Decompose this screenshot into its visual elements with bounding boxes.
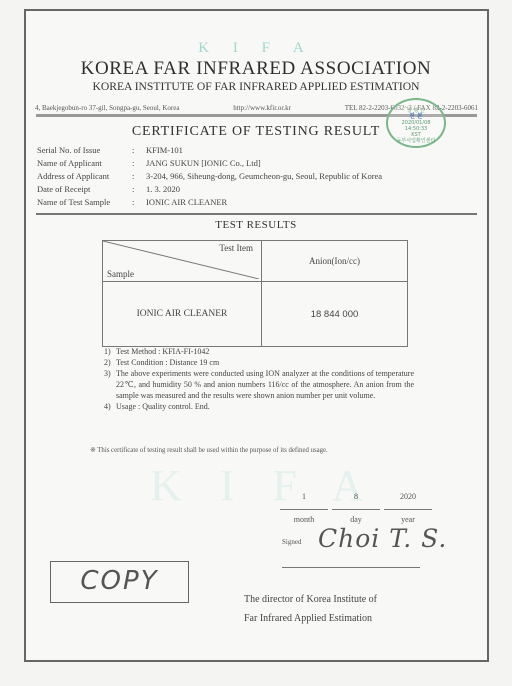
signed-label: Signed <box>282 538 301 546</box>
header-sample: Sample <box>107 269 134 279</box>
date-month: 1 <box>280 492 328 510</box>
association-name: KOREA FAR INFRARED ASSOCIATION <box>0 58 512 80</box>
signature: Choi T. S. <box>318 524 447 553</box>
info-row-address: Address of Applicant : 3-204, 966, Siheu… <box>37 169 477 182</box>
info-separator: : <box>132 145 146 155</box>
date-day: 8 <box>332 492 380 510</box>
info-row-applicant: Name of Applicant : JANG SUKUN [IONIC Co… <box>37 156 477 169</box>
signature-line <box>282 567 420 568</box>
address-text: 4, Baekjegobun-ro 37-gil, Songpa-gu, Seo… <box>35 104 179 112</box>
certificate-title: CERTIFICATE OF TESTING RESULT <box>0 124 512 140</box>
results-header-row: Test Item Sample Anion(Ion/cc) <box>103 241 408 282</box>
header-anion: Anion(Ion/cc) <box>262 241 408 282</box>
kifa-logo: K I F A <box>0 40 512 57</box>
copy-stamp: COPY <box>50 561 189 603</box>
results-header-diagonal-cell: Test Item Sample <box>103 241 262 282</box>
header-test-item: Test Item <box>219 243 253 253</box>
info-value: 1. 3. 2020 <box>146 184 180 194</box>
info-label: Serial No. of Issue <box>37 145 132 155</box>
day-label: day <box>332 515 380 524</box>
info-label: Name of Test Sample <box>37 197 132 207</box>
note-item: 3) The above experiments were conducted … <box>104 368 414 401</box>
result-sample: IONIC AIR CLEANER <box>103 282 262 347</box>
results-table: Test Item Sample Anion(Ion/cc) IONIC AIR… <box>102 240 408 347</box>
note-item: 1) Test Method : KFIA-FI-1042 <box>104 346 414 357</box>
info-label: Address of Applicant <box>37 171 132 181</box>
info-separator: : <box>132 197 146 207</box>
info-row-sample-name: Name of Test Sample : IONIC AIR CLEANER <box>37 196 477 209</box>
table-row: IONIC AIR CLEANER 18 844 000 <box>103 282 408 347</box>
usage-disclaimer: ※ This certificate of testing result sha… <box>90 446 450 454</box>
info-divider <box>36 213 477 215</box>
director-title: The director of Korea Institute of Far I… <box>244 590 444 628</box>
applicant-info: Serial No. of Issue : KFIM-101 Name of A… <box>37 143 477 209</box>
info-row-serial: Serial No. of Issue : KFIM-101 <box>37 143 477 156</box>
issue-date: 1 8 2020 month day year <box>280 492 440 524</box>
info-separator: : <box>132 158 146 168</box>
institute-name: KOREA INSTITUTE OF FAR INFRARED APPLIED … <box>0 80 512 93</box>
info-row-receipt-date: Date of Receipt : 1. 3. 2020 <box>37 183 477 196</box>
year-label: year <box>384 515 432 524</box>
test-notes: 1) Test Method : KFIA-FI-1042 2) Test Co… <box>104 346 414 412</box>
info-separator: : <box>132 171 146 181</box>
date-year: 2020 <box>384 492 432 510</box>
official-seal-stamp: 발 행 인 진 본 2020/01/08 14:50:33 KST 동부사업확인… <box>386 98 446 148</box>
info-separator: : <box>132 184 146 194</box>
results-title: TEST RESULTS <box>0 219 512 231</box>
info-value: IONIC AIR CLEANER <box>146 197 227 207</box>
note-item: 2) Test Condition : Distance 19 cm <box>104 357 414 368</box>
info-label: Date of Receipt <box>37 184 132 194</box>
website-link: http://www.kfir.or.kr <box>233 104 291 112</box>
info-value: JANG SUKUN [IONIC Co., Ltd] <box>146 158 261 168</box>
note-item: 4) Usage : Quality control. End. <box>104 401 414 412</box>
result-value: 18 844 000 <box>262 282 408 347</box>
info-value: 3-204, 966, Siheung-dong, Geumcheon-gu, … <box>146 171 382 181</box>
info-value: KFIM-101 <box>146 145 183 155</box>
month-label: month <box>280 515 328 524</box>
info-label: Name of Applicant <box>37 158 132 168</box>
